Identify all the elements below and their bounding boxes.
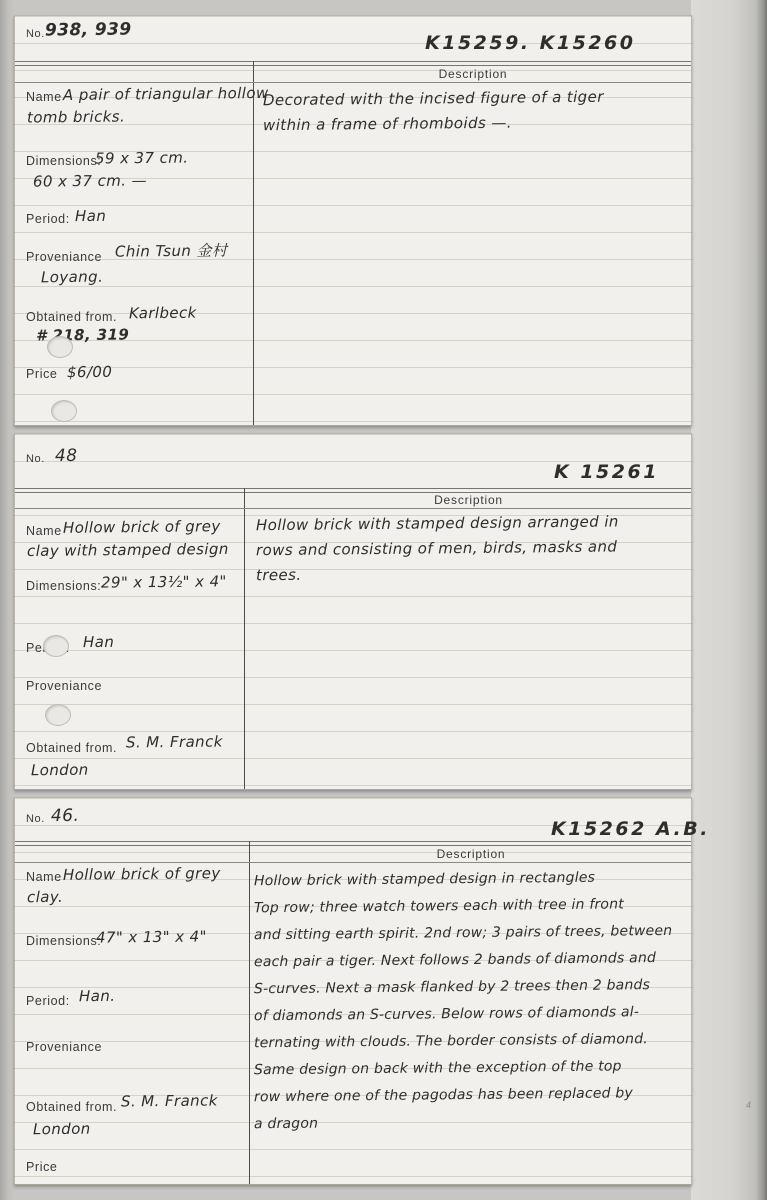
punch-hole [45,704,71,726]
description-line: a dragon [254,1107,688,1139]
proveniance-label: Proveniance [26,1040,102,1054]
header-double-rule [15,841,691,846]
proveniance-value-line1: Chin Tsun 金村 [115,239,227,261]
catalog-number: K15262 A.B. [551,818,710,840]
name-label: Name [26,90,62,104]
dimensions-value-line1: 59 x 37 cm. [95,149,189,168]
price-value: $6/00 [67,363,112,381]
no-value: 938, 939 [45,20,132,41]
obtained-from-line2: London [33,1120,91,1139]
period-label: Period: [26,994,70,1008]
obtained-from-label: Obtained from. [26,310,117,324]
punch-hole [47,336,73,358]
obtained-from-value: S. M. Franck [126,732,223,751]
period-value: Han [75,207,106,225]
obtained-from-label: Obtained from. [26,741,117,755]
no-label: No. [26,813,45,825]
name-value-line2: clay. [27,888,63,906]
margin-pencil-mark: 4 [746,1100,751,1110]
header-underline [15,82,691,83]
period-value: Han [83,633,114,651]
catalog-card-3: No. 46. K15262 A.B. Description Name Hol… [14,797,692,1185]
name-value-line2: tomb bricks. [27,107,125,126]
description-header: Description [244,493,693,507]
header-double-rule [15,61,691,66]
catalog-number: K15259. K15260 [425,32,635,54]
no-label: No. [26,453,45,465]
description-line: trees. [256,559,686,589]
proveniance-label: Proveniance [26,679,102,693]
column-divider [249,841,250,1184]
dimensions-value: 29" x 13½" x 4" [101,572,227,591]
period-value: Han. [79,987,116,1005]
catalog-number: K 15261 [554,461,659,483]
dimensions-label: Dimensions: [26,579,101,593]
description-text: Hollow brick with stamped design in rect… [254,866,688,1136]
name-label: Name [26,870,62,884]
description-text: Decorated with the incised figure of a t… [263,86,687,136]
description-line: within a frame of rhomboids —. [263,109,687,138]
name-value-line1: Hollow brick of grey [63,517,221,537]
obtained-from-value: S. M. Franck [121,1091,218,1110]
price-label: Price [26,367,57,381]
scan-right-band [691,0,767,1200]
dimensions-label: Dimensions: [26,154,101,168]
dimensions-label: Dimensions: [26,934,101,948]
name-value-line1: A pair of triangular hollow [63,84,269,104]
proveniance-value-line2: Loyang. [41,268,103,287]
scanned-page: No. 938, 939 K15259. K15260 Description … [0,0,767,1200]
catalog-card-2: No. 48 K 15261 Description Name Hollow b… [14,433,692,790]
description-header: Description [253,67,693,81]
name-label: Name [26,524,62,538]
header-underline [15,862,691,863]
name-value-line1: Hollow brick of grey [63,864,221,884]
obtained-from-value: Karlbeck [129,304,197,323]
no-value: 46. [51,806,79,826]
no-label: No. [26,28,45,40]
obtained-from-label: Obtained from. [26,1100,117,1114]
description-text: Hollow brick with stamped design arrange… [256,511,686,586]
obtained-from-line2: London [31,761,89,780]
proveniance-label: Proveniance [26,250,102,264]
description-header: Description [249,847,693,861]
name-value-line2: clay with stamped design [27,540,229,560]
period-label: Period: [26,212,70,226]
dimensions-value-line2: 60 x 37 cm. — [33,171,147,190]
price-label: Price [26,1160,57,1174]
dimensions-value: 47" x 13" x 4" [96,927,207,946]
column-divider [244,488,245,789]
no-value: 48 [55,446,78,466]
punch-hole [43,635,69,657]
catalog-card-1: No. 938, 939 K15259. K15260 Description … [14,15,692,426]
punch-hole [51,400,77,422]
column-divider [253,61,254,425]
